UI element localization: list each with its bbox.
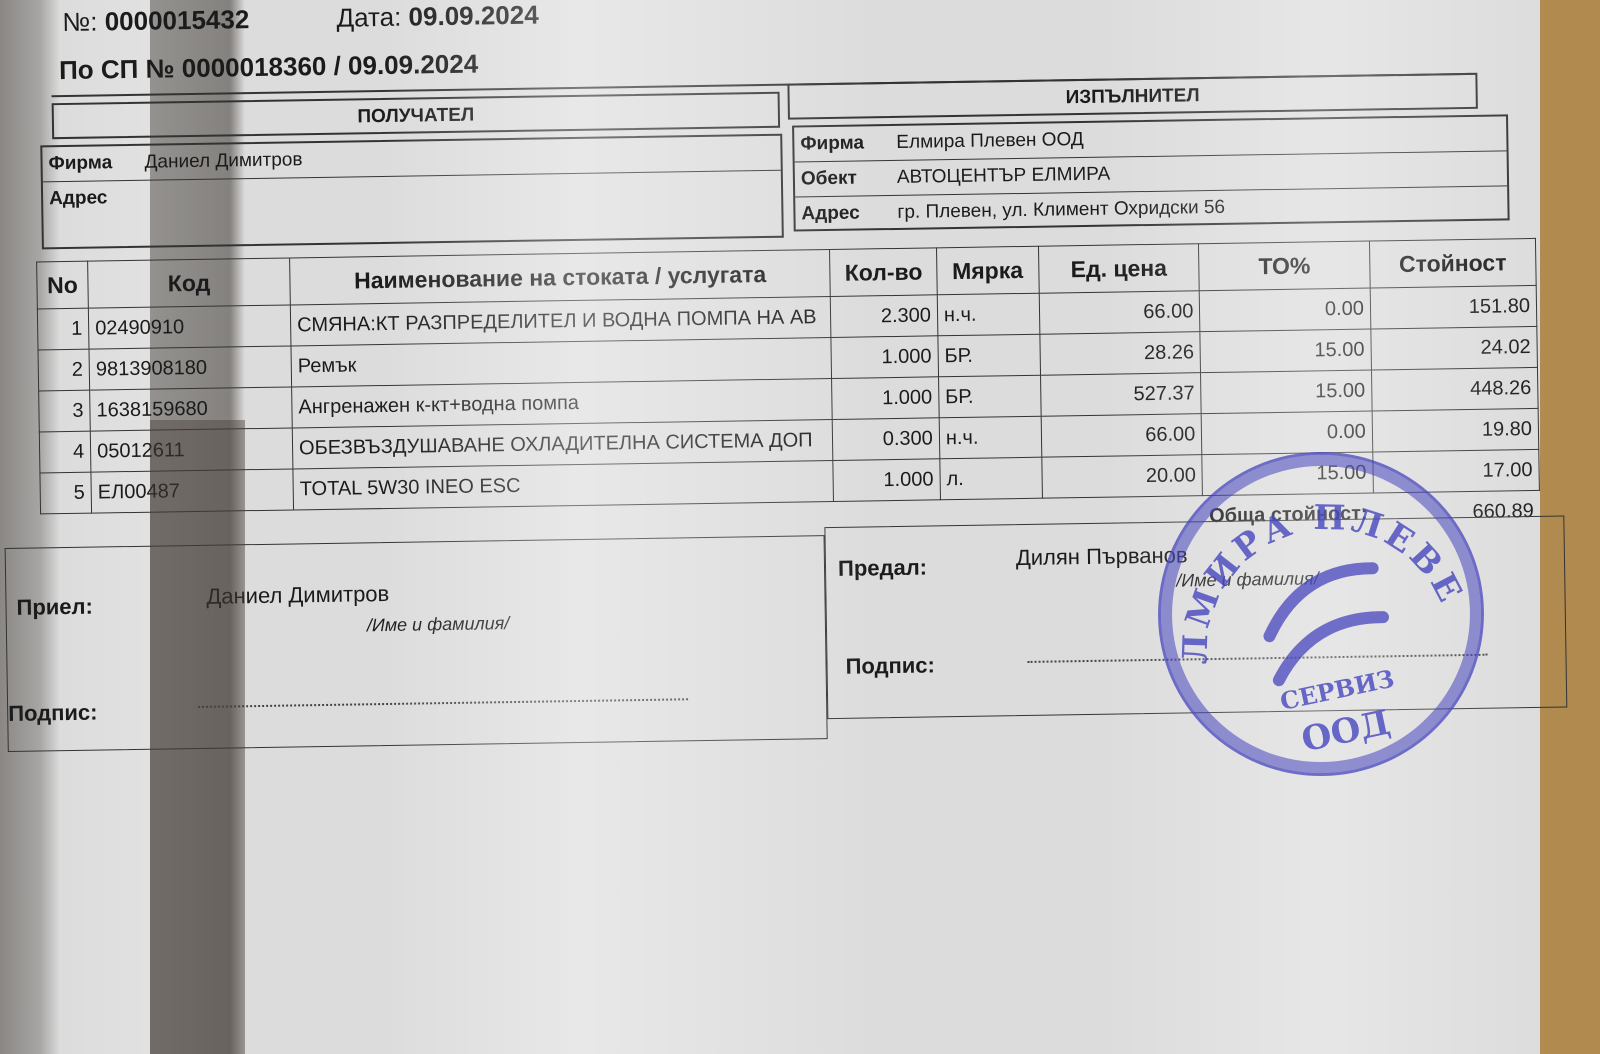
executor-address: гр. Плевен, ул. Климент Охридски 56 (897, 192, 1507, 224)
item-discount: 15.00 (1201, 370, 1372, 414)
item-code: 9813908180 (89, 346, 292, 390)
handed-name: Дилян Първанов (1016, 542, 1188, 571)
column-header-name: Наименование на стоката / услугата (290, 249, 831, 304)
signature-label: Подпис: (845, 652, 935, 679)
row-number: 4 (39, 431, 91, 473)
item-unit-price: 20.00 (1041, 455, 1202, 499)
executor-box: Фирма Елмира Плевен ООД Обект АВТОЦЕНТЪР… (792, 114, 1510, 231)
item-discount: 15.00 (1202, 452, 1373, 496)
signature-line[interactable] (198, 698, 688, 708)
column-header-unit-price: Ед. цена (1038, 244, 1200, 294)
item-unit: н.ч. (937, 293, 1039, 336)
item-value: 19.80 (1372, 408, 1539, 452)
item-unit-price: 66.00 (1041, 414, 1202, 458)
item-quantity: 0.300 (833, 418, 940, 461)
handed-signature-box: Предал: Дилян Първанов /Име и фамилия/ П… (824, 515, 1567, 719)
item-code: ЕЛ00487 (91, 469, 294, 513)
object-label: Обект (795, 167, 897, 191)
reference-line: По СП № 0000018360 / 09.09.2024 (59, 48, 479, 86)
address-label: Адрес (43, 187, 145, 211)
received-label: Приел: (16, 594, 93, 621)
column-header-no: No (37, 261, 89, 309)
invoice-document: №: 0000015432 Дата: 09.09.2024 По СП № 0… (0, 0, 1552, 800)
item-value: 448.26 (1371, 367, 1538, 411)
item-discount: 0.00 (1202, 411, 1373, 455)
recipient-firm: Даниел Димитров (144, 142, 780, 174)
signature-line[interactable] (1028, 654, 1488, 663)
recipient-address (145, 177, 781, 187)
item-quantity: 1.000 (831, 336, 938, 379)
item-unit: БР. (938, 375, 1040, 418)
item-unit-price: 28.26 (1039, 332, 1200, 376)
received-signature-box: Приел: Даниел Димитров /Име и фамилия/ П… (5, 535, 828, 752)
firm-label: Фирма (794, 132, 896, 156)
name-hint: /Име и фамилия/ (1176, 568, 1319, 591)
number-label: №: (62, 6, 98, 37)
item-unit-price: 66.00 (1039, 291, 1200, 335)
column-header-value: Стойност (1369, 238, 1536, 288)
item-value: 17.00 (1373, 449, 1540, 493)
row-number: 3 (39, 390, 91, 432)
row-number: 5 (40, 472, 92, 514)
recipient-box: Фирма Даниел Димитров Адрес (40, 134, 784, 250)
item-quantity: 1.000 (833, 459, 940, 502)
document-number: 0000015432 (104, 4, 249, 36)
row-number: 2 (38, 349, 90, 391)
item-unit: н.ч. (939, 416, 1041, 459)
document-header: №: 0000015432 Дата: 09.09.2024 (62, 0, 539, 38)
recipient-title-box: ПОЛУЧАТЕЛ (52, 92, 780, 139)
item-discount: 0.00 (1200, 288, 1371, 332)
row-number: 1 (37, 308, 89, 350)
item-code: 02490910 (88, 305, 291, 349)
item-unit: БР. (938, 334, 1040, 377)
name-hint: /Име и фамилия/ (367, 613, 510, 636)
item-quantity: 2.300 (831, 295, 938, 338)
signature-label: Подпис: (8, 700, 98, 727)
recipient-title: ПОЛУЧАТЕЛ (54, 94, 778, 139)
executor-title: ИЗПЪЛНИТЕЛ (789, 75, 1475, 120)
handed-label: Предал: (838, 555, 927, 582)
item-value: 24.02 (1371, 326, 1538, 370)
column-header-discount: ТО% (1199, 241, 1370, 291)
item-discount: 15.00 (1200, 329, 1371, 373)
item-value: 151.80 (1370, 285, 1537, 329)
received-name: Даниел Димитров (206, 581, 389, 610)
items-table: No Код Наименование на стоката / услугат… (36, 238, 1540, 555)
paper-sheet: №: 0000015432 Дата: 09.09.2024 По СП № 0… (0, 0, 1540, 1054)
column-header-unit: Мярка (936, 246, 1038, 295)
executor-object: АВТОЦЕНТЪР ЕЛМИРА (897, 157, 1507, 189)
firm-label: Фирма (42, 152, 144, 176)
executor-firm: Елмира Плевен ООД (896, 122, 1506, 154)
item-code: 05012611 (90, 428, 293, 472)
item-unit: л. (940, 457, 1042, 500)
column-header-qty: Кол-во (830, 248, 937, 297)
item-quantity: 1.000 (832, 377, 939, 420)
document-date: 09.09.2024 (408, 0, 539, 32)
executor-title-box: ИЗПЪЛНИТЕЛ (787, 73, 1477, 120)
item-unit-price: 527.37 (1040, 373, 1201, 417)
address-label: Адрес (795, 202, 897, 226)
column-header-code: Код (88, 258, 291, 308)
date-label: Дата: (336, 2, 401, 33)
item-code: 1638159680 (90, 387, 293, 431)
